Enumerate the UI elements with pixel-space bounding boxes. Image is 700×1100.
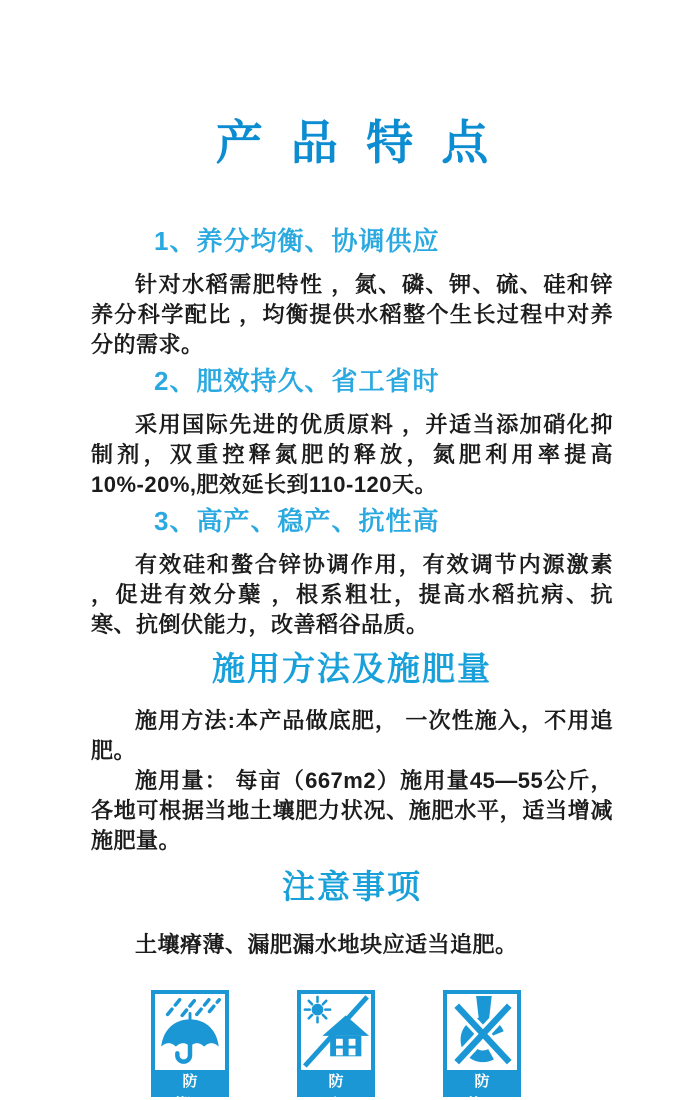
keep-away-from-sunlight-icon [301,994,371,1068]
notes-body: 土壤瘠薄、漏肥漏水地块应适当追肥。 [91,930,613,960]
care-symbols-row: 防潮 [91,990,613,1097]
notes-title: 注意事项 [91,870,613,904]
usage-amount-line: 施用量： 每亩（667m2）施用量45—55公斤，各地可根据当地土壤肥力状况、施… [91,766,613,856]
keep-dry-caption: 防潮 [155,1070,225,1093]
usage-title: 施用方法及施肥量 [91,652,613,686]
page-title: 产品特点 [91,118,613,168]
feature-section-2: 2、肥效持久、省工省时 采用国际先进的优质原料 ，并适当添加硝化抑制剂，双重控释… [91,368,613,500]
feature-3-body: 有效硅和螯合锌协调作用，有效调节内源激素 ，促进有效分蘖 ，根系粗壮，提高水稻抗… [91,550,613,640]
usage-section: 施用方法及施肥量 施用方法:本产品做底肥， 一次性施入，不用追肥。 施用量： 每… [91,652,613,856]
feature-1-body: 针对水稻需肥特性 ，氮、磷、钾、硫、硅和锌养分科学配比 ，均衡提供水稻整个生长过… [91,270,613,360]
no-hooks-icon [447,994,517,1068]
feature-1-heading: 1、养分均衡、协调供应 [91,228,613,254]
no-hooks-caption: 防钩 [447,1070,517,1093]
keep-away-from-sunlight-caption: 防晒 [301,1070,371,1093]
usage-method-line: 施用方法:本产品做底肥， 一次性施入，不用追肥。 [91,706,613,766]
no-hooks-symbol: 防钩 [443,990,521,1097]
product-leaflet: 产品特点 1、养分均衡、协调供应 针对水稻需肥特性 ，氮、磷、钾、硫、硅和锌养分… [91,118,613,1097]
keep-dry-icon [155,994,225,1068]
feature-2-heading: 2、肥效持久、省工省时 [91,368,613,394]
feature-section-3: 3、高产、稳产、抗性高 有效硅和螯合锌协调作用，有效调节内源激素 ，促进有效分蘖… [91,508,613,640]
notes-section: 注意事项 土壤瘠薄、漏肥漏水地块应适当追肥。 [91,870,613,960]
feature-section-1: 1、养分均衡、协调供应 针对水稻需肥特性 ，氮、磷、钾、硫、硅和锌养分科学配比 … [91,228,613,360]
keep-dry-symbol: 防潮 [151,990,229,1097]
keep-away-from-sunlight-symbol: 防晒 [297,990,375,1097]
feature-2-body: 采用国际先进的优质原料 ，并适当添加硝化抑制剂，双重控释氮肥的释放，氮肥利用率提… [91,410,613,500]
feature-3-heading: 3、高产、稳产、抗性高 [91,508,613,534]
